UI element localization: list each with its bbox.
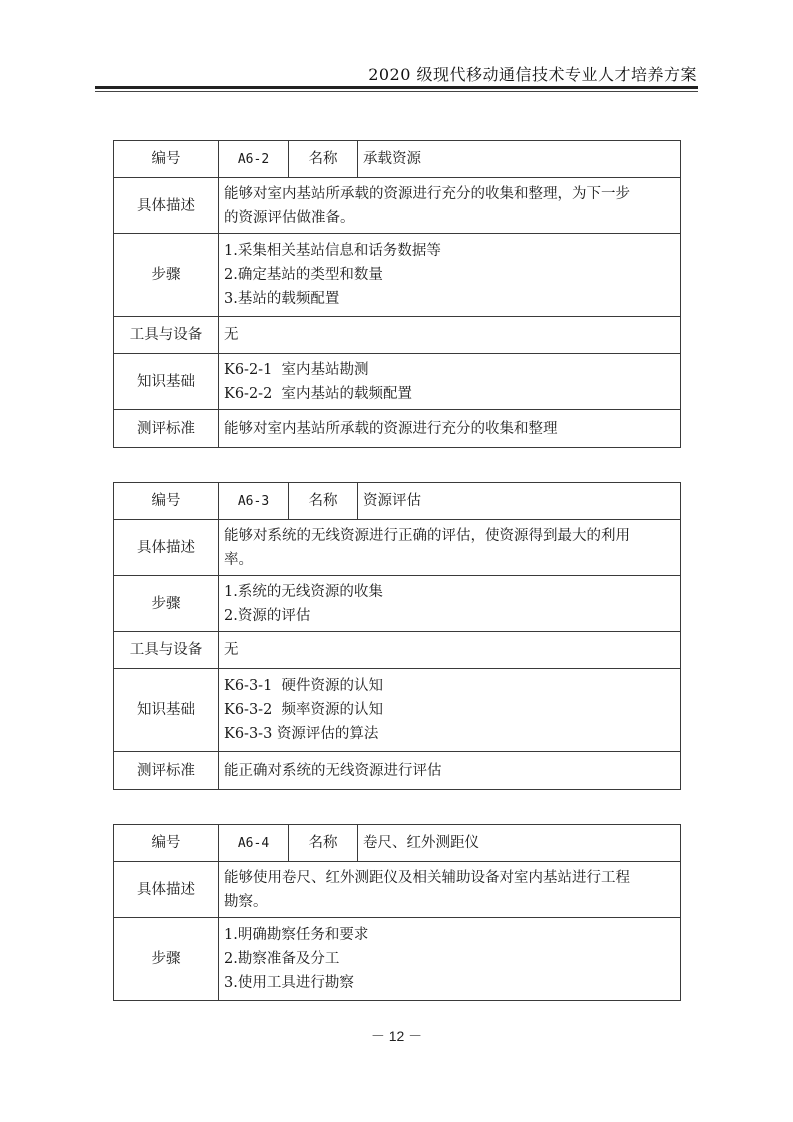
table-row-id: 编号 A6-2 名称 承载资源 <box>114 141 681 178</box>
label-id: 编号 <box>114 825 219 862</box>
task-name: 资源评估 <box>358 483 681 520</box>
task-steps: 1.系统的无线资源的收集 2.资源的评估 <box>219 576 681 632</box>
task-name: 卷尺、红外测距仪 <box>358 825 681 862</box>
label-criteria: 测评标准 <box>114 410 219 448</box>
task-id: A6-3 <box>219 483 289 520</box>
table-row-steps: 步骤 1.采集相关基站信息和话务数据等 2.确定基站的类型和数量 3.基站的载频… <box>114 234 681 317</box>
label-steps: 步骤 <box>114 234 219 317</box>
task-id: A6-4 <box>219 825 289 862</box>
task-steps: 1.明确勘察任务和要求 2.勘察准备及分工 3.使用工具进行勘察 <box>219 918 681 1001</box>
label-name: 名称 <box>289 483 358 520</box>
table-row-description: 具体描述 能够对室内基站所承载的资源进行充分的收集和整理，为下一步 的资源评估做… <box>114 178 681 234</box>
task-criteria: 能够对室内基站所承载的资源进行充分的收集和整理 <box>219 410 681 448</box>
label-tools: 工具与设备 <box>114 632 219 669</box>
task-description: 能够对室内基站所承载的资源进行充分的收集和整理，为下一步 的资源评估做准备。 <box>219 178 681 234</box>
header-rule <box>95 86 698 89</box>
task-tools: 无 <box>219 317 681 354</box>
label-steps: 步骤 <box>114 918 219 1001</box>
label-description: 具体描述 <box>114 178 219 234</box>
table-row-knowledge: 知识基础 K6-3-1 硬件资源的认知 K6-3-2 频率资源的认知 K6-3-… <box>114 669 681 752</box>
label-tools: 工具与设备 <box>114 317 219 354</box>
task-description: 能够对系统的无线资源进行正确的评估，使资源得到最大的利用 率。 <box>219 520 681 576</box>
document-header-title: 2020 级现代移动通信技术专业人才培养方案 <box>368 62 697 85</box>
label-description: 具体描述 <box>114 862 219 918</box>
task-table-a6-2: 编号 A6-2 名称 承载资源 具体描述 能够对室内基站所承载的资源进行充分的收… <box>113 140 681 448</box>
table-row-knowledge: 知识基础 K6-2-1 室内基站勘测 K6-2-2 室内基站的载频配置 <box>114 354 681 410</box>
label-knowledge: 知识基础 <box>114 669 219 752</box>
table-row-tools: 工具与设备 无 <box>114 632 681 669</box>
table-row-criteria: 测评标准 能正确对系统的无线资源进行评估 <box>114 752 681 790</box>
task-steps: 1.采集相关基站信息和话务数据等 2.确定基站的类型和数量 3.基站的载频配置 <box>219 234 681 317</box>
task-tools: 无 <box>219 632 681 669</box>
task-criteria: 能正确对系统的无线资源进行评估 <box>219 752 681 790</box>
task-table-a6-3: 编号 A6-3 名称 资源评估 具体描述 能够对系统的无线资源进行正确的评估，使… <box>113 482 681 790</box>
table-row-tools: 工具与设备 无 <box>114 317 681 354</box>
table-row-steps: 步骤 1.系统的无线资源的收集 2.资源的评估 <box>114 576 681 632</box>
table-row-description: 具体描述 能够对系统的无线资源进行正确的评估，使资源得到最大的利用 率。 <box>114 520 681 576</box>
task-knowledge: K6-3-1 硬件资源的认知 K6-3-2 频率资源的认知 K6-3-3 资源评… <box>219 669 681 752</box>
header-rule-thin <box>95 91 698 92</box>
table-row-id: 编号 A6-3 名称 资源评估 <box>114 483 681 520</box>
table-row-id: 编号 A6-4 名称 卷尺、红外测距仪 <box>114 825 681 862</box>
table-row-description: 具体描述 能够使用卷尺、红外测距仪及相关辅助设备对室内基站进行工程 勘察。 <box>114 862 681 918</box>
label-id: 编号 <box>114 483 219 520</box>
task-knowledge: K6-2-1 室内基站勘测 K6-2-2 室内基站的载频配置 <box>219 354 681 410</box>
table-row-criteria: 测评标准 能够对室内基站所承载的资源进行充分的收集和整理 <box>114 410 681 448</box>
label-knowledge: 知识基础 <box>114 354 219 410</box>
label-id: 编号 <box>114 141 219 178</box>
task-description: 能够使用卷尺、红外测距仪及相关辅助设备对室内基站进行工程 勘察。 <box>219 862 681 918</box>
label-steps: 步骤 <box>114 576 219 632</box>
task-name: 承载资源 <box>358 141 681 178</box>
label-name: 名称 <box>289 141 358 178</box>
label-criteria: 测评标准 <box>114 752 219 790</box>
task-id: A6-2 <box>219 141 289 178</box>
label-description: 具体描述 <box>114 520 219 576</box>
table-row-steps: 步骤 1.明确勘察任务和要求 2.勘察准备及分工 3.使用工具进行勘察 <box>114 918 681 1001</box>
label-name: 名称 <box>289 825 358 862</box>
page-number: － 12 － <box>0 1026 793 1046</box>
task-table-a6-4: 编号 A6-4 名称 卷尺、红外测距仪 具体描述 能够使用卷尺、红外测距仪及相关… <box>113 824 681 1001</box>
